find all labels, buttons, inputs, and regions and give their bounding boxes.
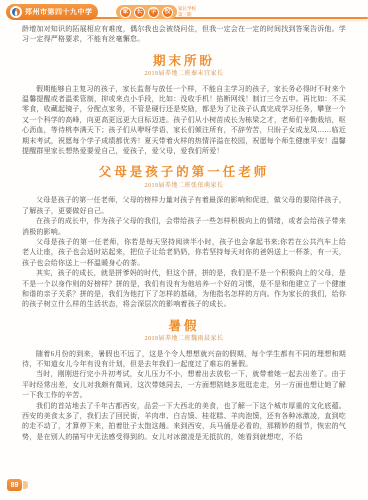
page-header: 郑州市第四十九中学 家 长 学 校 家长学校 第三期 xyxy=(0,4,368,20)
intro-continuation-paragraph: 龄增加对知识的拓展相应有难度，偶尔我也会被绕问住，但我一定会在一定的时间找到答案… xyxy=(22,24,346,45)
section-paragraph: 随着6月份的到来，暑假也不远了，这是个令人想想就兴奋的假期，每个学生都有不同的理… xyxy=(22,349,346,370)
school-logo-pill: 郑州市第四十九中学 xyxy=(6,4,98,20)
article-content: 龄增加对知识的拓展相应有难度，偶尔我也会被绕问住，但我一定会在一定的时间找到答案… xyxy=(22,24,346,442)
magazine-page: 郑州市第四十九中学 家 长 学 校 家长学校 第三期 龄增加对知识的拓展相应有难… xyxy=(0,0,368,500)
issue-label: 家长学校 第三期 xyxy=(178,6,196,18)
section-paragraph: 假期能够自主复习的孩子，家长监督与放任一个样，不能自主学习的孩子，家长务必得时不… xyxy=(22,84,346,157)
school-logo-icon xyxy=(10,6,22,18)
section-paragraph: 父母是孩子的第一任老师，你若是每天坚持阅读半小时，孩子也会拿起书来;你若在公共汽… xyxy=(22,237,346,268)
section-title-diyirenlaoshi: 父母是孩子的第一任老师 xyxy=(22,165,346,181)
badge-circle: 学 xyxy=(148,7,159,18)
page-number-tab xyxy=(23,481,28,489)
header-badge-group: 家 长 学 校 xyxy=(116,5,177,19)
badge-circle: 家 xyxy=(120,7,131,18)
section-paragraph: 我们的首站地去了千年古都西安，品尝一下大西北的美食，也了解一下这个城市厚重的文化… xyxy=(22,401,346,443)
section-paragraph: 在孩子的成长中，作为孩子父母的我们，会带给孩子一些怎样积极向上的情绪，或者会给孩… xyxy=(22,216,346,237)
issue-line2: 第三期 xyxy=(178,12,196,18)
page-number-badge: 89 xyxy=(7,479,22,491)
section-title-qimosuopan: 期末所盼 xyxy=(22,54,346,70)
section-paragraph: 其实，孩子的成长，就是拼爹妈的时代，但这个拼，拼的是，我们是不是一个积极向上的父… xyxy=(22,268,346,310)
badge-circle: 长 xyxy=(134,7,145,18)
section-byline: 2019届养地二班张依萌家长 xyxy=(22,183,346,190)
section-byline: 2019届养地二班秦未宜家长 xyxy=(22,71,346,78)
section-paragraph: 父母是孩子的第一任老师，父母的榜样力量对孩子有着最深的影响和促进，做父母的要陪伴… xyxy=(22,195,346,216)
school-name: 郑州市第四十九中学 xyxy=(25,9,93,16)
section-title-shujia: 暑假 xyxy=(22,319,346,335)
section-byline: 2019届养地二班魏雨晨家长 xyxy=(22,336,346,343)
issue-line1: 家长学校 xyxy=(178,6,196,12)
badge-circle: 校 xyxy=(162,7,173,18)
section-paragraph: 当时，刚刚进行完小升初考试，女儿压力不小，想着出去放松一下，就带着她一起去出差了… xyxy=(22,369,346,400)
